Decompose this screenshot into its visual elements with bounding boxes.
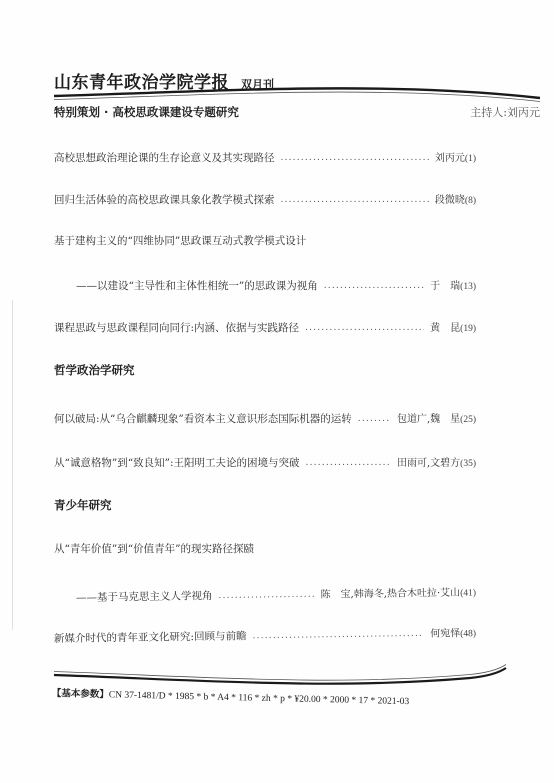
- article-page: (41): [460, 588, 476, 598]
- article-authors: 于 瑞: [430, 277, 460, 292]
- toc-entry[interactable]: 课程思政与思政课程同向同行:内涵、依据与实践路径 黄 昆 (19): [54, 319, 476, 335]
- article-title: 课程思政与思政课程同向同行:内涵、依据与实践路径: [54, 320, 299, 335]
- journal-title: 山东青年政治学院学报: [54, 68, 229, 93]
- article-title: 何以破局:从“乌合麒麟现象”看资本主义意识形态国际机器的运转: [54, 411, 352, 426]
- basic-parameters-values: CN 37-1481/D * 1985 * b * A4 * 116 * zh …: [109, 690, 410, 707]
- article-authors: 刘丙元: [435, 149, 465, 164]
- journal-header: 山东青年政治学院学报 双月刊: [54, 68, 274, 93]
- toc-entry-title-line[interactable]: 从“青年价值”到“价值青年”的现实路径探赜: [54, 541, 254, 556]
- toc-entry[interactable]: 回归生活体验的高校思政课具象化教学模式探索 段微晓 (8): [54, 191, 476, 207]
- toc-entry[interactable]: 何以破局:从“乌合麒麟现象”看资本主义意识形态国际机器的运转 包道广,魏 星 (…: [54, 410, 476, 426]
- article-authors: 黄 昆: [430, 319, 460, 334]
- section-heading-youth-research: 青少年研究: [54, 497, 112, 513]
- toc-entry-subtitle-line[interactable]: ——基于马克思主义人学视角 陈 宝,韩海冬,热合木吐拉·艾山 (41): [76, 583, 476, 605]
- dot-leader: [281, 195, 429, 205]
- dot-leader: [252, 629, 424, 641]
- article-page: (35): [460, 459, 476, 469]
- toc-entry[interactable]: 高校思想政治理论课的生存论意义及其实现路径 刘丙元 (1): [54, 149, 476, 165]
- section-heading-special-topic: 特别策划 · 高校思政课建设专题研究: [54, 104, 239, 120]
- article-page: (48): [460, 629, 476, 639]
- toc-entry[interactable]: 从“诚意格物”到“致良知”:王阳明工夫论的困境与突破 田雨可,文碧方 (35): [54, 454, 476, 470]
- article-title: 从“诚意格物”到“致良知”:王阳明工夫论的困境与突破: [54, 455, 300, 470]
- article-authors: 陈 宝,韩海冬,热合木吐拉·艾山: [320, 584, 460, 601]
- article-authors: 田雨可,文碧方: [397, 454, 460, 469]
- dot-leader: [305, 323, 424, 333]
- article-page: (8): [465, 196, 476, 206]
- dot-leader: [358, 414, 391, 424]
- toc-entry[interactable]: 新媒介时代的青年亚文化研究:回顾与前瞻 何宛怿 (48): [54, 624, 476, 646]
- article-title: 基于建构主义的“四维协同”思政课互动式教学模式设计: [54, 233, 306, 248]
- article-page: (1): [465, 154, 476, 164]
- article-title: 高校思想政治理论课的生存论意义及其实现路径: [54, 150, 275, 165]
- dot-leader: [281, 153, 429, 163]
- toc-entry-subtitle-line[interactable]: ——以建设“主导性和主体性相统一”的思政课为视角 于 瑞 (13): [76, 277, 476, 293]
- article-title: 回归生活体验的高校思政课具象化教学模式探索: [54, 192, 275, 207]
- article-subtitle: ——以建设“主导性和主体性相统一”的思政课为视角: [76, 278, 318, 293]
- article-page: (19): [460, 324, 476, 334]
- article-page: (25): [460, 415, 476, 425]
- section-host: 主持人:刘丙元: [470, 104, 540, 120]
- dot-leader: [324, 281, 424, 291]
- article-authors: 段微晓: [435, 191, 465, 206]
- basic-parameters: 【基本参数】CN 37-1481/D * 1985 * b * A4 * 116…: [52, 685, 410, 707]
- article-title: 新媒介时代的青年亚文化研究:回顾与前瞻: [54, 628, 247, 646]
- dot-leader: [306, 458, 391, 468]
- article-page: (13): [460, 282, 476, 292]
- article-authors: 何宛怿: [430, 624, 460, 639]
- article-authors: 包道广,魏 星: [397, 410, 460, 425]
- page-edge-line: [12, 300, 13, 630]
- dot-leader: [218, 590, 314, 601]
- article-title: 从“青年价值”到“价值青年”的现实路径探赜: [54, 541, 254, 556]
- section-heading-philosophy-politics: 哲学政治学研究: [54, 362, 135, 378]
- journal-toc-page: 山东青年政治学院学报 双月刊 特别策划 · 高校思政课建设专题研究 主持人:刘丙…: [0, 0, 554, 783]
- article-subtitle: ——基于马克思主义人学视角: [76, 588, 213, 605]
- journal-frequency: 双月刊: [241, 76, 274, 92]
- basic-parameters-label: 【基本参数】: [52, 688, 109, 700]
- toc-entry-title-line[interactable]: 基于建构主义的“四维协同”思政课互动式教学模式设计: [54, 233, 306, 248]
